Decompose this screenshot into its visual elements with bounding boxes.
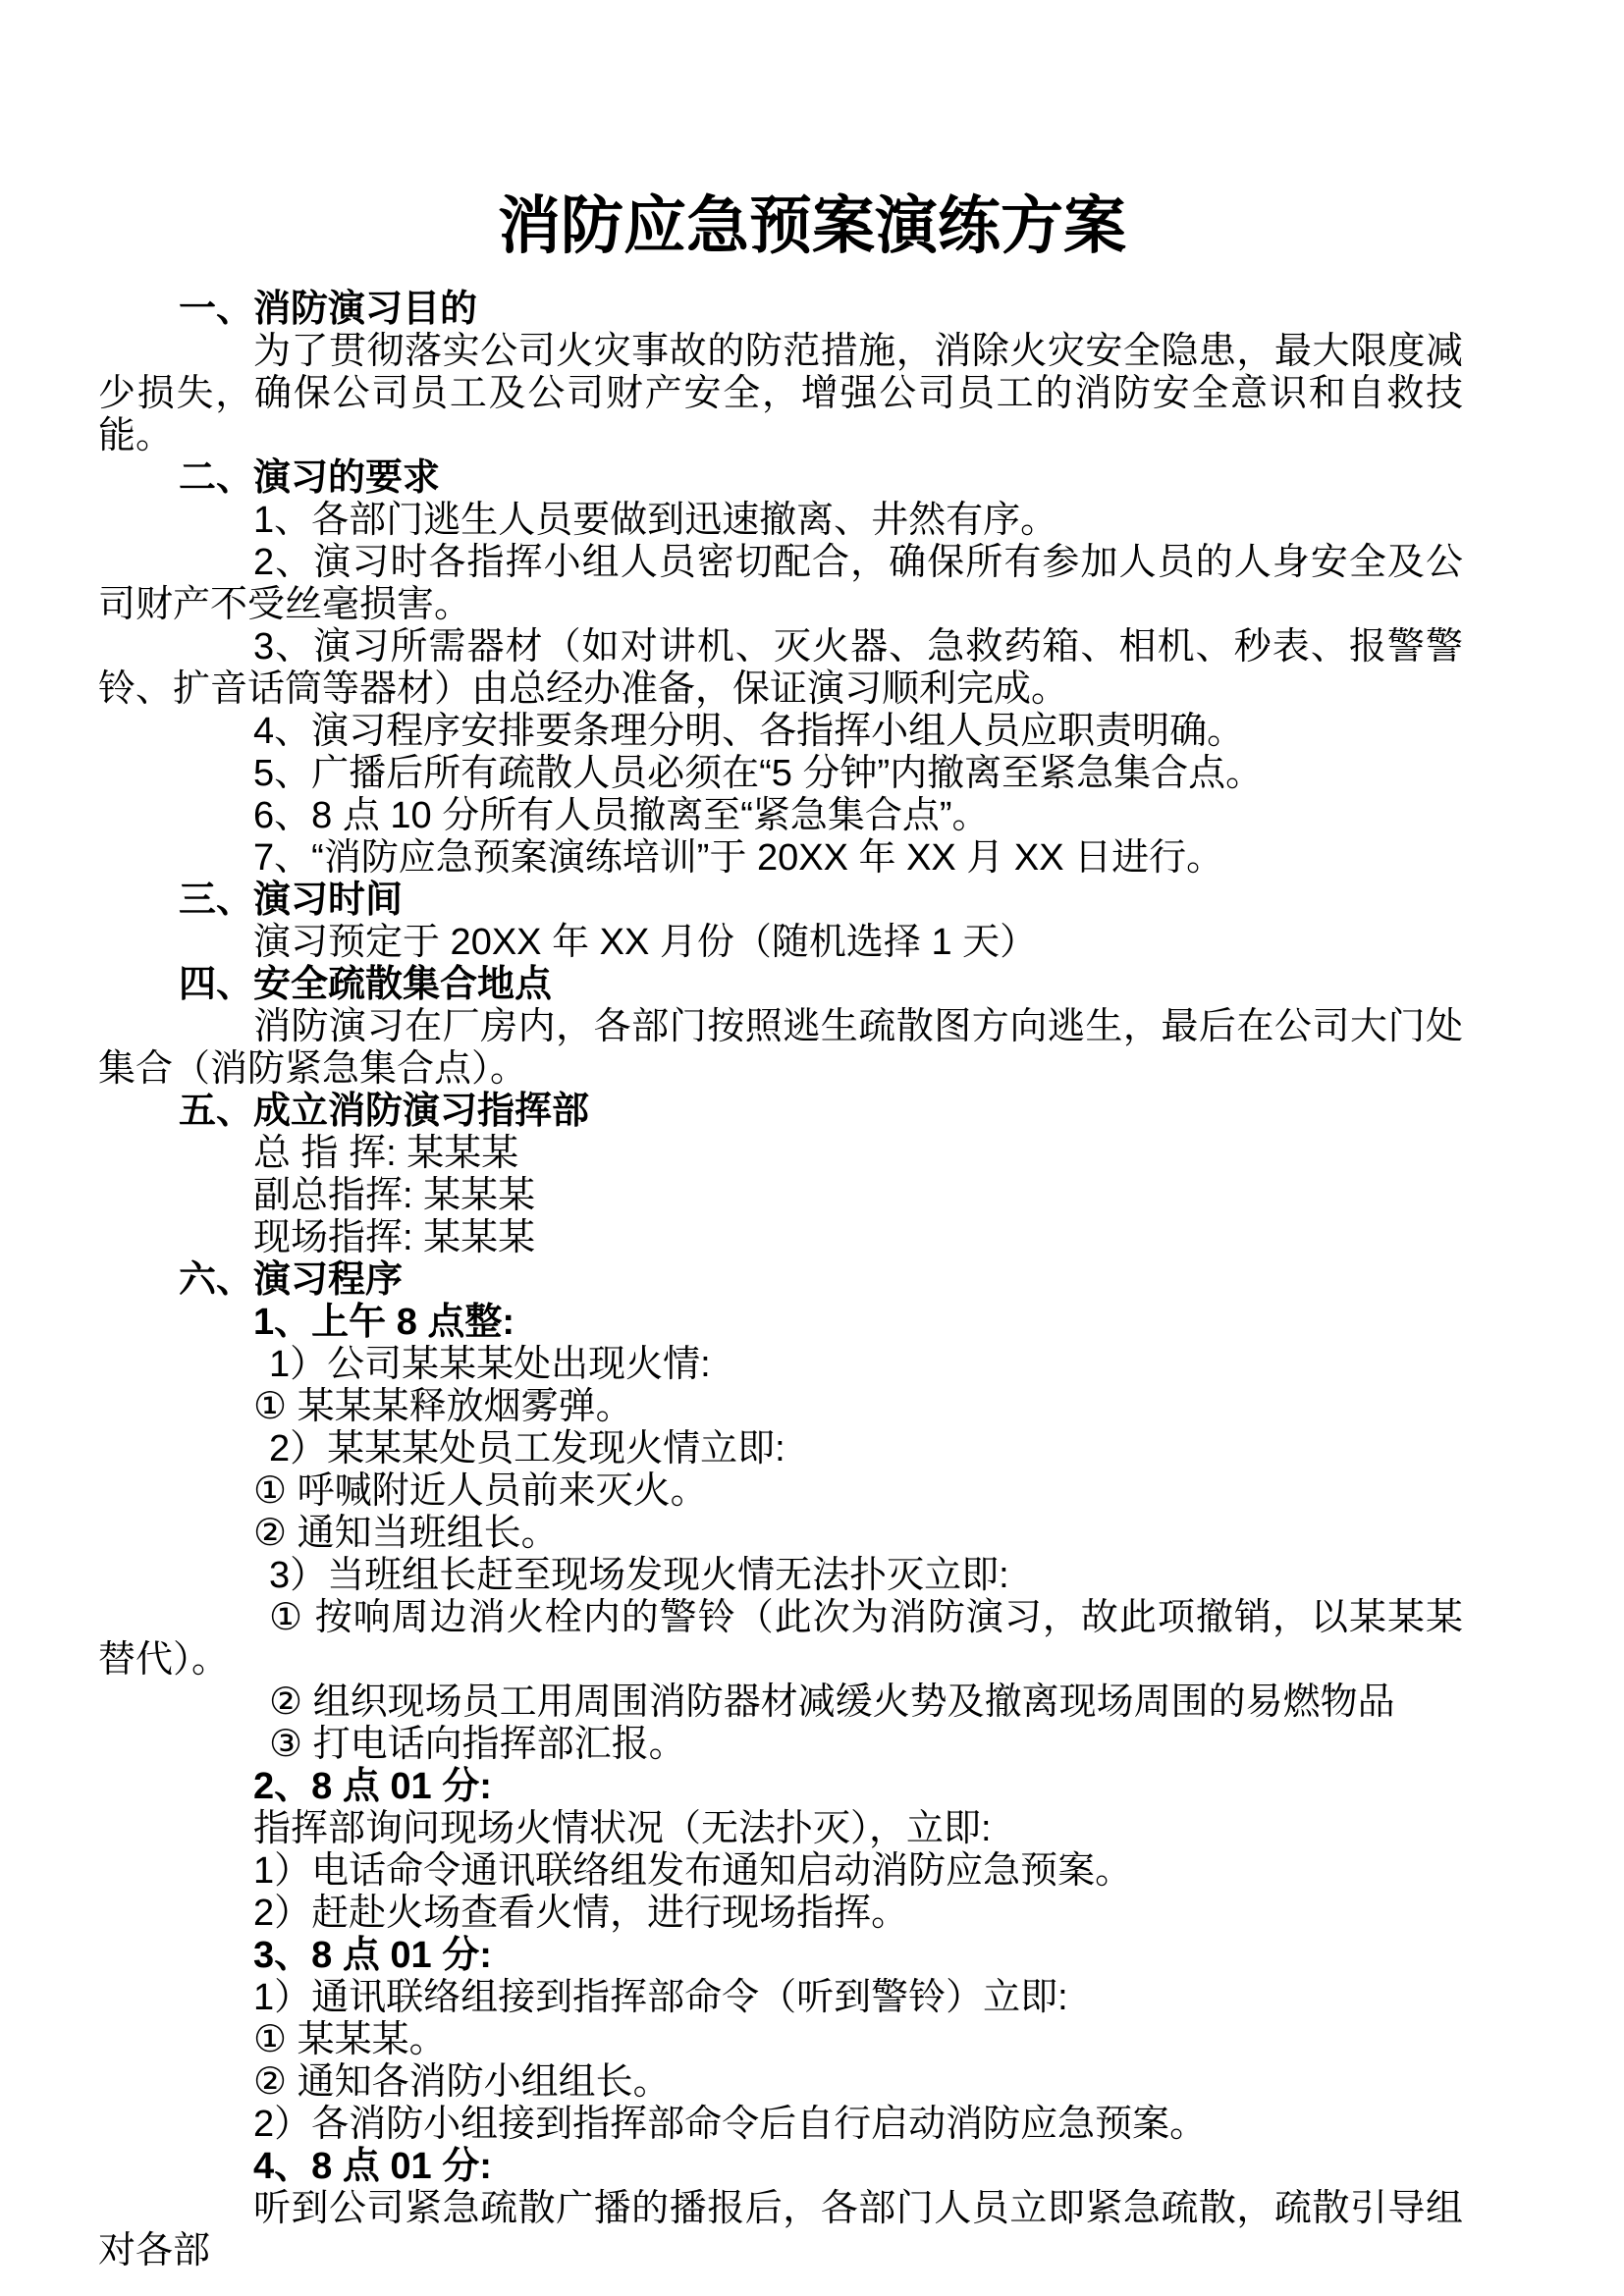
section-heading: 六、演习程序 (98, 1259, 1463, 1302)
paragraph: 3、演习所需器材（如对讲机、灭火器、急救药箱、相机、秒表、报警警铃、扩音话筒等器… (98, 626, 1463, 711)
section-heading: 一、消防演习目的 (98, 289, 1463, 331)
paragraph: ③ 打电话向指挥部汇报。 (98, 1724, 1463, 1766)
section-heading: 二、演习的要求 (98, 457, 1463, 500)
paragraph: 现场指挥: 某某某 (98, 1217, 1463, 1259)
paragraph: 6、8 点 10 分所有人员撤离至“紧急集合点”。 (98, 795, 1463, 837)
paragraph: 2、演习时各指挥小组人员密切配合，确保所有参加人员的人身安全及公司财产不受丝毫损… (98, 542, 1463, 626)
paragraph: 5、广播后所有疏散人员必须在“5 分钟”内撤离至紧急集合点。 (98, 753, 1463, 795)
paragraph: 3）当班组长赶至现场发现火情无法扑灭立即: (98, 1555, 1463, 1597)
paragraph: 总 指 挥: 某某某 (98, 1133, 1463, 1175)
paragraph: ① 按响周边消火栓内的警铃（此次为消防演习，故此项撤销，以某某某替代）。 (98, 1597, 1463, 1682)
paragraph: 1）电话命令通讯联络组发布通知启动消防应急预案。 (98, 1850, 1463, 1893)
paragraph: ② 组织现场员工用周围消防器材减缓火势及撤离现场周围的易燃物品 (98, 1682, 1463, 1724)
paragraph: 2）赶赴火场查看火情，进行现场指挥。 (98, 1893, 1463, 1935)
paragraph: 2）各消防小组接到指挥部命令后自行启动消防应急预案。 (98, 2104, 1463, 2146)
paragraph: 演习预定于 20XX 年 XX 月份（随机选择 1 天） (98, 922, 1463, 964)
paragraph: ② 通知当班组长。 (98, 1513, 1463, 1555)
paragraph: 1）通讯联络组接到指挥部命令（听到警铃）立即: (98, 1977, 1463, 2019)
paragraph: 7、“消防应急预案演练培训”于 20XX 年 XX 月 XX 日进行。 (98, 837, 1463, 880)
paragraph: 副总指挥: 某某某 (98, 1175, 1463, 1217)
paragraph: ① 某某某。 (98, 2019, 1463, 2061)
subsection-heading: 4、8 点 01 分: (98, 2146, 1463, 2188)
paragraph: 4、演习程序安排要条理分明、各指挥小组人员应职责明确。 (98, 711, 1463, 753)
paragraph: 2）某某某处员工发现火情立即: (98, 1428, 1463, 1470)
document-page: 消防应急预案演练方案 一、消防演习目的为了贯彻落实公司火灾事故的防范措施，消除火… (0, 0, 1624, 2296)
section-heading: 五、成立消防演习指挥部 (98, 1091, 1463, 1133)
paragraph: 指挥部询问现场火情状况（无法扑灭），立即: (98, 1808, 1463, 1850)
paragraph: ① 某某某释放烟雾弹。 (98, 1386, 1463, 1428)
document-body: 一、消防演习目的为了贯彻落实公司火灾事故的防范措施，消除火灾安全隐患，最大限度减… (0, 263, 1624, 2272)
paragraph: 消防演习在厂房内，各部门按照逃生疏散图方向逃生，最后在公司大门处集合（消防紧急集… (98, 1006, 1463, 1091)
section-heading: 四、安全疏散集合地点 (98, 964, 1463, 1006)
subsection-heading: 3、8 点 01 分: (98, 1935, 1463, 1977)
paragraph: 1、各部门逃生人员要做到迅速撤离、井然有序。 (98, 500, 1463, 542)
subsection-heading: 1、上午 8 点整: (98, 1302, 1463, 1344)
paragraph: ① 呼喊附近人员前来灭火。 (98, 1470, 1463, 1513)
paragraph: 听到公司紧急疏散广播的播报后，各部门人员立即紧急疏散，疏散引导组对各部 (98, 2188, 1463, 2272)
paragraph: ② 通知各消防小组组长。 (98, 2061, 1463, 2104)
document-title: 消防应急预案演练方案 (0, 0, 1624, 263)
subsection-heading: 2、8 点 01 分: (98, 1766, 1463, 1808)
section-heading: 三、演习时间 (98, 880, 1463, 922)
paragraph: 为了贯彻落实公司火灾事故的防范措施，消除火灾安全隐患，最大限度减少损失，确保公司… (98, 331, 1463, 457)
paragraph: 1）公司某某某处出现火情: (98, 1344, 1463, 1386)
